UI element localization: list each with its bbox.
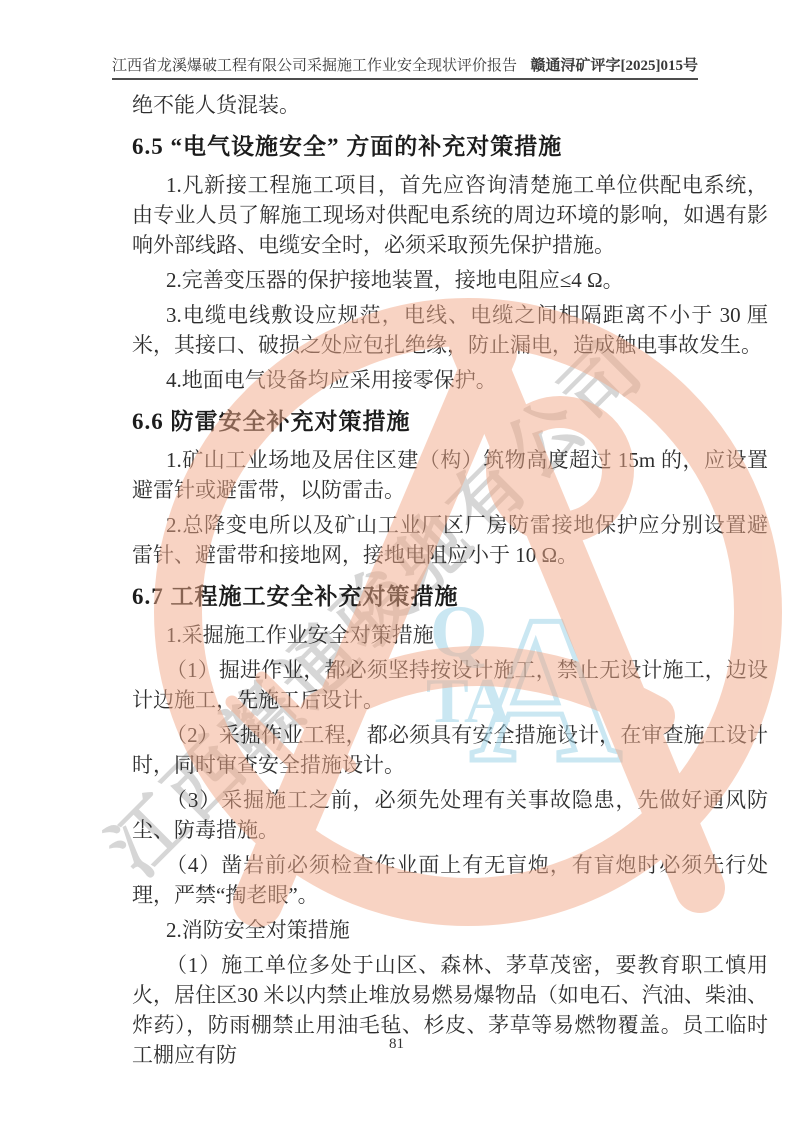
section-heading-6-5: 6.5 “电气设施安全” 方面的补充对策措施 [132,130,768,164]
section-heading-6-7: 6.7 工程施工安全补充对策措施 [132,580,768,614]
paragraph: 1.矿山工业场地及居住区建（构）筑物高度超过 15m 的，应设置避雷针或避雷带，… [132,445,768,505]
paragraph: 4.地面电气设备均应采用接零保护。 [132,365,768,395]
page-number: 81 [0,1036,793,1053]
document-page: 江西赣通骏驰有公司 江西省龙溪爆破工程有限公司采掘施工作业安全现状评价报告 赣通… [0,0,793,1122]
paragraph: 2.完善变压器的保护接地装置，接地电阻应≤4 Ω。 [132,265,768,295]
paragraph: 1.采掘施工作业安全对策措施 [132,620,768,650]
header-doc-number: 赣通浔矿评字[2025]015号 [531,54,699,75]
document-body: 绝不能人货混装。 6.5 “电气设施安全” 方面的补充对策措施 1.凡新接工程施… [132,90,768,1075]
paragraph: （2）采掘作业工程，都必须具有安全措施设计，在审查施工设计时，同时审查安全措施设… [132,720,768,780]
paragraph: 绝不能人货混装。 [132,90,768,120]
paragraph: （3）采掘施工之前，必须先处理有关事故隐患，先做好通风防尘、防毒措施。 [132,785,768,845]
paragraph: 2.消防安全对策措施 [132,915,768,945]
page-header: 江西省龙溪爆破工程有限公司采掘施工作业安全现状评价报告 赣通浔矿评字[2025]… [112,54,698,80]
paragraph: （4）凿岩前必须检查作业面上有无盲炮，有盲炮时必须先行处理，严禁“掏老眼”。 [132,850,768,910]
header-report-title: 江西省龙溪爆破工程有限公司采掘施工作业安全现状评价报告 [112,54,517,75]
paragraph: 2.总降变电所以及矿山工业厂区厂房防雷接地保护应分别设置避雷针、避雷带和接地网，… [132,510,768,570]
paragraph: 3.电缆电线敷设应规范，电线、电缆之间相隔距离不小于 30 厘米，其接口、破损之… [132,300,768,360]
paragraph: （1）掘进作业，都必须坚持按设计施工，禁止无设计施工，边设计边施工，先施工后设计… [132,655,768,715]
section-heading-6-6: 6.6 防雷安全补充对策措施 [132,405,768,439]
paragraph: 1.凡新接工程施工项目，首先应咨询清楚施工单位供配电系统，由专业人员了解施工现场… [132,170,768,260]
